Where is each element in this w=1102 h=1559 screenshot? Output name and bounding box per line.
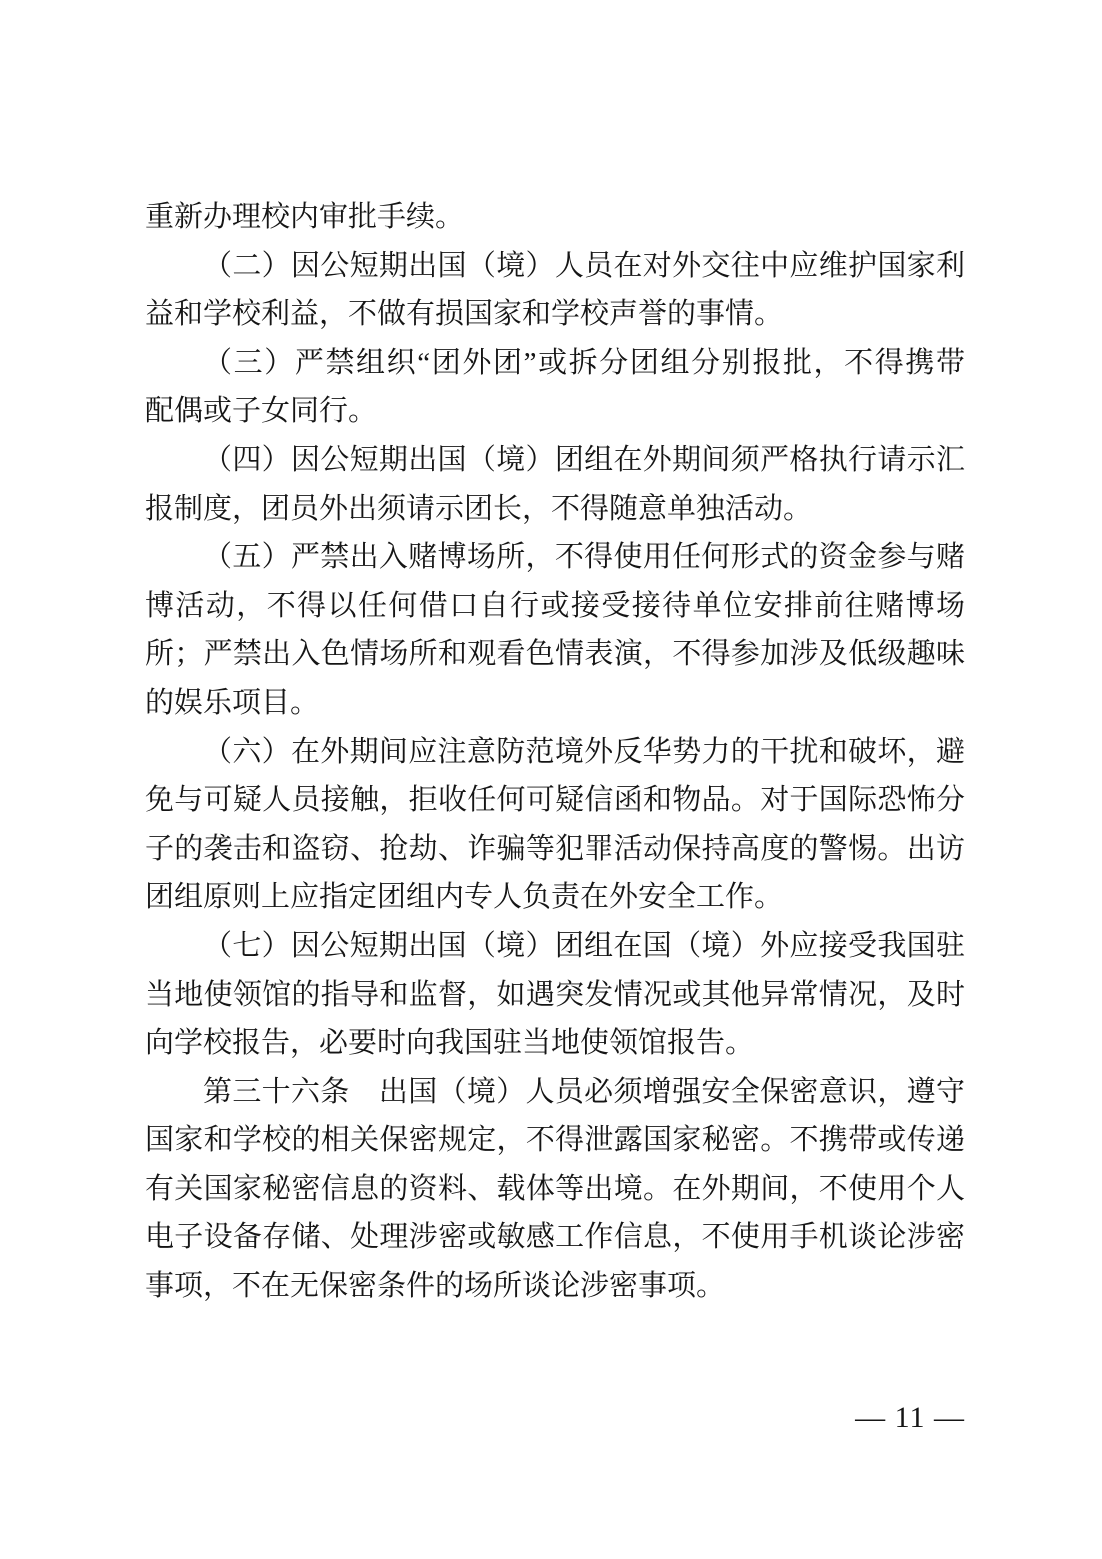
item-2: （二）因公短期出国（境）人员在对外交往中应维护国家利益和学校利益，不做有损国家和… <box>145 242 965 339</box>
article-36: 第三十六条 出国（境）人员必须增强安全保密意识，遵守国家和学校的相关保密规定，不… <box>145 1068 965 1311</box>
page-number: — 11 — <box>855 1400 965 1436</box>
item-3: （三）严禁组织“团外团”或拆分团组分别报批，不得携带配偶或子女同行。 <box>145 339 965 436</box>
item-5: （五）严禁出入赌博场所，不得使用任何形式的资金参与赌博活动，不得以任何借口自行或… <box>145 533 965 727</box>
text-line: 配偶或子女同行。 <box>145 387 965 436</box>
text-line: 报制度，团员外出须请示团长，不得随意单独活动。 <box>145 485 965 534</box>
text-line: 国家和学校的相关保密规定，不得泄露国家秘密。不携带或传递 <box>145 1116 965 1165</box>
text-line: 第三十六条 出国（境）人员必须增强安全保密意识，遵守 <box>145 1068 965 1117</box>
text-line: 益和学校利益，不做有损国家和学校声誉的事情。 <box>145 290 965 339</box>
continuation-paragraph: 重新办理校内审批手续。 <box>145 193 965 242</box>
item-7: （七）因公短期出国（境）团组在国（境）外应接受我国驻当地使领馆的指导和监督，如遇… <box>145 922 965 1068</box>
text-line: （二）因公短期出国（境）人员在对外交往中应维护国家利 <box>145 242 965 291</box>
text-line: 子的袭击和盗窃、抢劫、诈骗等犯罪活动保持高度的警惕。出访 <box>145 825 965 874</box>
text-line: （七）因公短期出国（境）团组在国（境）外应接受我国驻 <box>145 922 965 971</box>
text-line: 有关国家秘密信息的资料、载体等出境。在外期间，不使用个人 <box>145 1165 965 1214</box>
text-line: 当地使领馆的指导和监督，如遇突发情况或其他异常情况，及时 <box>145 971 965 1020</box>
text-line: （六）在外期间应注意防范境外反华势力的干扰和破坏，避 <box>145 728 965 777</box>
text-line: 事项，不在无保密条件的场所谈论涉密事项。 <box>145 1262 965 1311</box>
text-line: 免与可疑人员接触，拒收任何可疑信函和物品。对于国际恐怖分 <box>145 776 965 825</box>
text-line: 向学校报告，必要时向我国驻当地使领馆报告。 <box>145 1019 965 1068</box>
text-line: 团组原则上应指定团组内专人负责在外安全工作。 <box>145 873 965 922</box>
text-line: （五）严禁出入赌博场所，不得使用任何形式的资金参与赌 <box>145 533 965 582</box>
item-4: （四）因公短期出国（境）团组在外期间须严格执行请示汇报制度，团员外出须请示团长，… <box>145 436 965 533</box>
text-line: 的娱乐项目。 <box>145 679 965 728</box>
text-line: 重新办理校内审批手续。 <box>145 193 965 242</box>
text-line: 电子设备存储、处理涉密或敏感工作信息，不使用手机谈论涉密 <box>145 1213 965 1262</box>
text-line: （四）因公短期出国（境）团组在外期间须严格执行请示汇 <box>145 436 965 485</box>
document-body: 重新办理校内审批手续。（二）因公短期出国（境）人员在对外交往中应维护国家利益和学… <box>145 193 965 1311</box>
text-line: （三）严禁组织“团外团”或拆分团组分别报批，不得携带 <box>145 339 965 388</box>
document-page: 重新办理校内审批手续。（二）因公短期出国（境）人员在对外交往中应维护国家利益和学… <box>0 0 1102 1559</box>
text-line: 所；严禁出入色情场所和观看色情表演，不得参加涉及低级趣味 <box>145 630 965 679</box>
item-6: （六）在外期间应注意防范境外反华势力的干扰和破坏，避免与可疑人员接触，拒收任何可… <box>145 728 965 922</box>
text-line: 博活动，不得以任何借口自行或接受接待单位安排前往赌博场 <box>145 582 965 631</box>
